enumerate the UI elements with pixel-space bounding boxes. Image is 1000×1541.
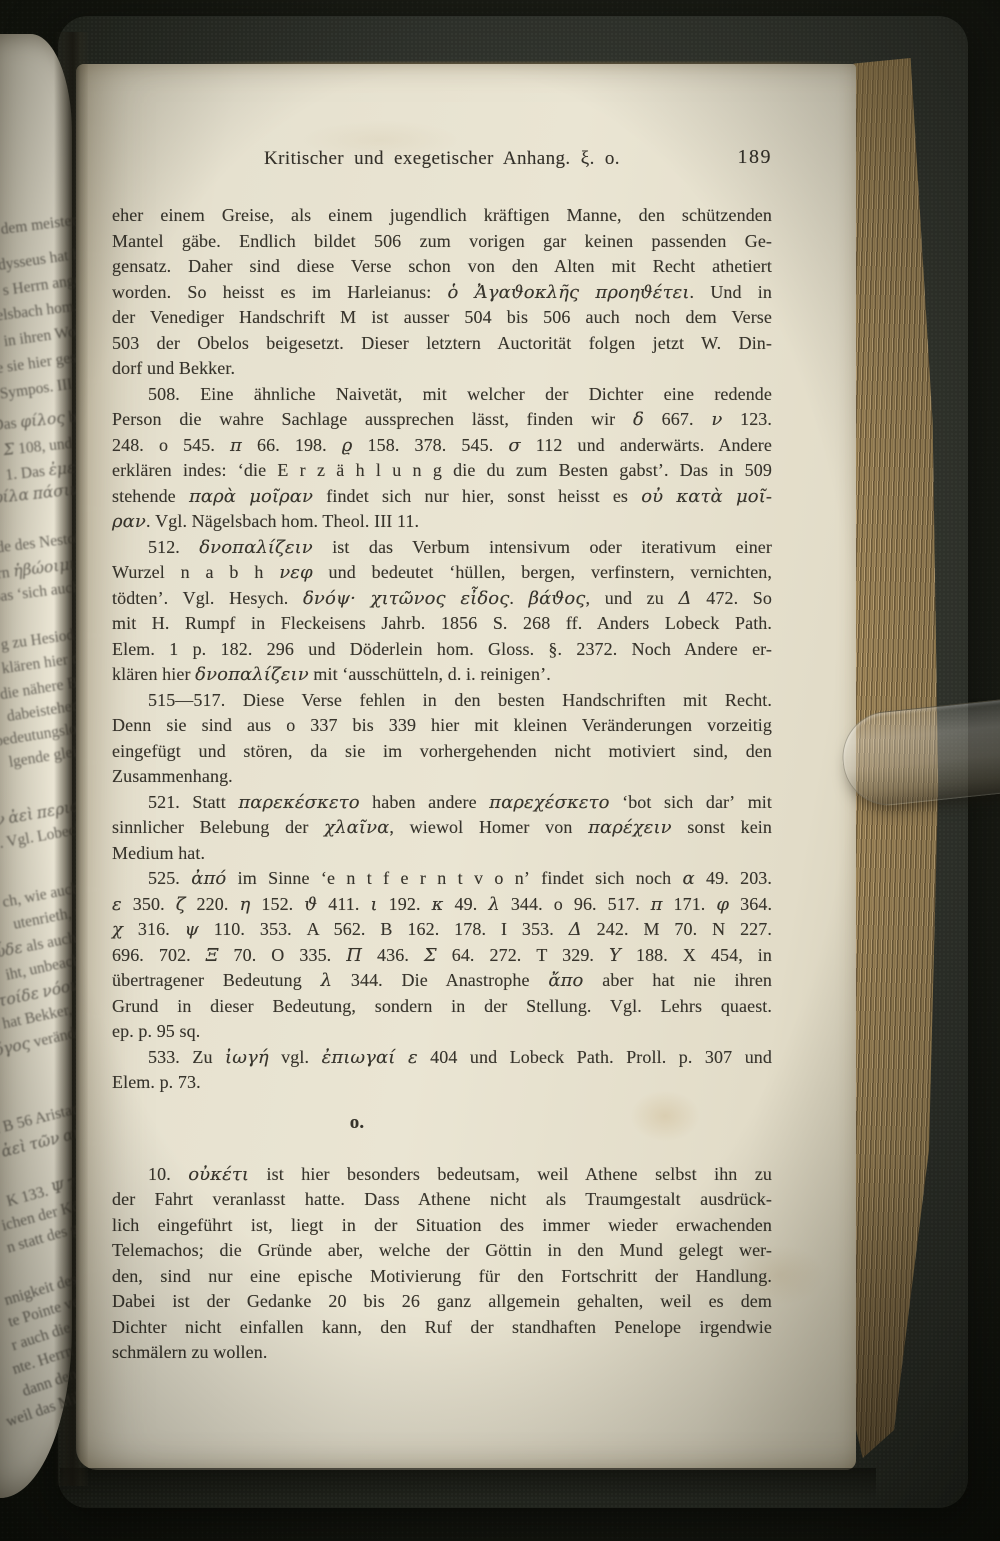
text-line: Elem. 1 p. 182. 296 und Döderlein hom. G… — [112, 637, 772, 663]
text-line: lich eingeführt ist, liegt in der Situat… — [112, 1213, 772, 1239]
text-line: 248. o 545. π 66. 198. ϱ 158. 378. 545. … — [112, 433, 772, 459]
text-line: Grund in dieser Bedeutung, sondern in de… — [112, 994, 772, 1020]
text-line: Elem. p. 73. — [112, 1070, 772, 1096]
text-line: klären hier δνοπαλίζειν mit ʻausschüttel… — [112, 662, 772, 688]
running-header: Kritischer und exegetischer Anhang. ξ. o… — [112, 146, 772, 172]
page-bottom-shadow — [60, 1468, 876, 1500]
text-line: erklären indes: ʻdie E r z ä h l u n g d… — [112, 458, 772, 484]
text-line: 533. Zu ἰωγή vgl. ἐπιωγαί ε 404 und Lobe… — [112, 1045, 772, 1071]
text-line: 525. ἀπό im Sinne ʻe n t f e r n t v o n… — [112, 866, 772, 892]
text-line: Denn sie sind aus o 337 bis 339 hier mit… — [112, 713, 772, 739]
text-line: schmälern zu wollen. — [112, 1340, 772, 1366]
text-line: ραν. Vgl. Nägelsbach hom. Theol. III 11. — [112, 509, 772, 535]
text-line: eher einem Greise, als einem jugendlich … — [112, 203, 772, 229]
text-line: Medium hat. — [112, 841, 772, 867]
page-text-block: Kritischer und exegetischer Anhang. ξ. o… — [112, 146, 772, 1366]
text-line: Zusammenhang. — [112, 764, 772, 790]
text-line: übertragener Bedeutung λ 344. Die Anastr… — [112, 968, 772, 994]
text-line: sinnlicher Belebung der χλαῖνα, wiewol H… — [112, 815, 772, 841]
text-line: Telemachos; die Gründe aber, welche der … — [112, 1238, 772, 1264]
text-line: 508. Eine ähnliche Naivetät, mit welcher… — [112, 382, 772, 408]
text-line: den, sind nur eine epische Motivierung f… — [112, 1264, 772, 1290]
text-line: dorf und Bekker. — [112, 356, 772, 382]
paragraph: 515—517. Diese Verse fehlen in den beste… — [112, 688, 772, 790]
paragraph: 521. Statt παρεκέσκετο haben andere παρε… — [112, 790, 772, 867]
text-line: worden. So heisst es im Harleianus: ὁ Ἀγ… — [112, 280, 772, 306]
text-line: Dabei ist der Gedanke 20 bis 26 ganz all… — [112, 1289, 772, 1315]
text-line: 512. δνοπαλίζειν ist das Verbum intensiv… — [112, 535, 772, 561]
book-photo-scene: ξt dem meisten FOdysseus hat hies Herrn … — [0, 0, 1000, 1541]
text-line: ε 350. ζ 220. η 152. ϑ 411. ι 192. κ 49.… — [112, 892, 772, 918]
text-line: eingefügt und stören, da sie im vorherge… — [112, 739, 772, 765]
text-line: Person die wahre Sachlage aussprechen lä… — [112, 407, 772, 433]
paragraph: 533. Zu ἰωγή vgl. ἐπιωγαί ε 404 und Lobe… — [112, 1045, 772, 1096]
section-heading: o. — [27, 1110, 687, 1136]
paragraph: 508. Eine ähnliche Naivetät, mit welcher… — [112, 382, 772, 535]
text-line: tödtenʼ. Vgl. Hesych. δνόψ· χιτῶνος εἶδο… — [112, 586, 772, 612]
text-line: mit H. Rumpf in Fleckeisens Jahrb. 1856 … — [112, 611, 772, 637]
text-line: der Venediger Handschrift M ist ausser 5… — [112, 305, 772, 331]
text-line: 10. οὐκέτι ist hier besonders bedeutsam,… — [112, 1162, 772, 1188]
text-line: gensatz. Daher sind diese Verse schon vo… — [112, 254, 772, 280]
text-line: Dichter nicht einfallen kann, den Ruf de… — [112, 1315, 772, 1341]
text-line: Wurzel n a b h νεφ und bedeutet ʻhüllen,… — [112, 560, 772, 586]
running-header-title: Kritischer und exegetischer Anhang. ξ. o… — [264, 148, 620, 169]
text-line: ep. p. 95 sq. — [112, 1019, 772, 1045]
text-line: 515—517. Diese Verse fehlen in den beste… — [112, 688, 772, 714]
paragraph: 10. οὐκέτι ist hier besonders bedeutsam,… — [112, 1162, 772, 1366]
paragraph: 525. ἀπό im Sinne ʻe n t f e r n t v o n… — [112, 866, 772, 1045]
text-line: stehende παρὰ μοῖραν findet sich nur hie… — [112, 484, 772, 510]
text-line: 521. Statt παρεκέσκετο haben andere παρε… — [112, 790, 772, 816]
text-line: 696. 702. Ξ 70. O 335. Π 436. Σ 64. 272.… — [112, 943, 772, 969]
paragraph: 512. δνοπαλίζειν ist das Verbum intensiv… — [112, 535, 772, 688]
text-line: χ 316. ψ 110. 353. A 562. B 162. 178. I … — [112, 917, 772, 943]
page-number: 189 — [738, 145, 773, 171]
paragraph: eher einem Greise, als einem jugendlich … — [112, 203, 772, 382]
body-text: eher einem Greise, als einem jugendlich … — [112, 203, 772, 1366]
text-line: Mantel gäbe. Endlich bildet 506 zum vori… — [112, 229, 772, 255]
text-line: 503 der Obelos beigesetzt. Dieser letzte… — [112, 331, 772, 357]
text-line: der Fahrt veranlasst hatte. Dass Athene … — [112, 1187, 772, 1213]
